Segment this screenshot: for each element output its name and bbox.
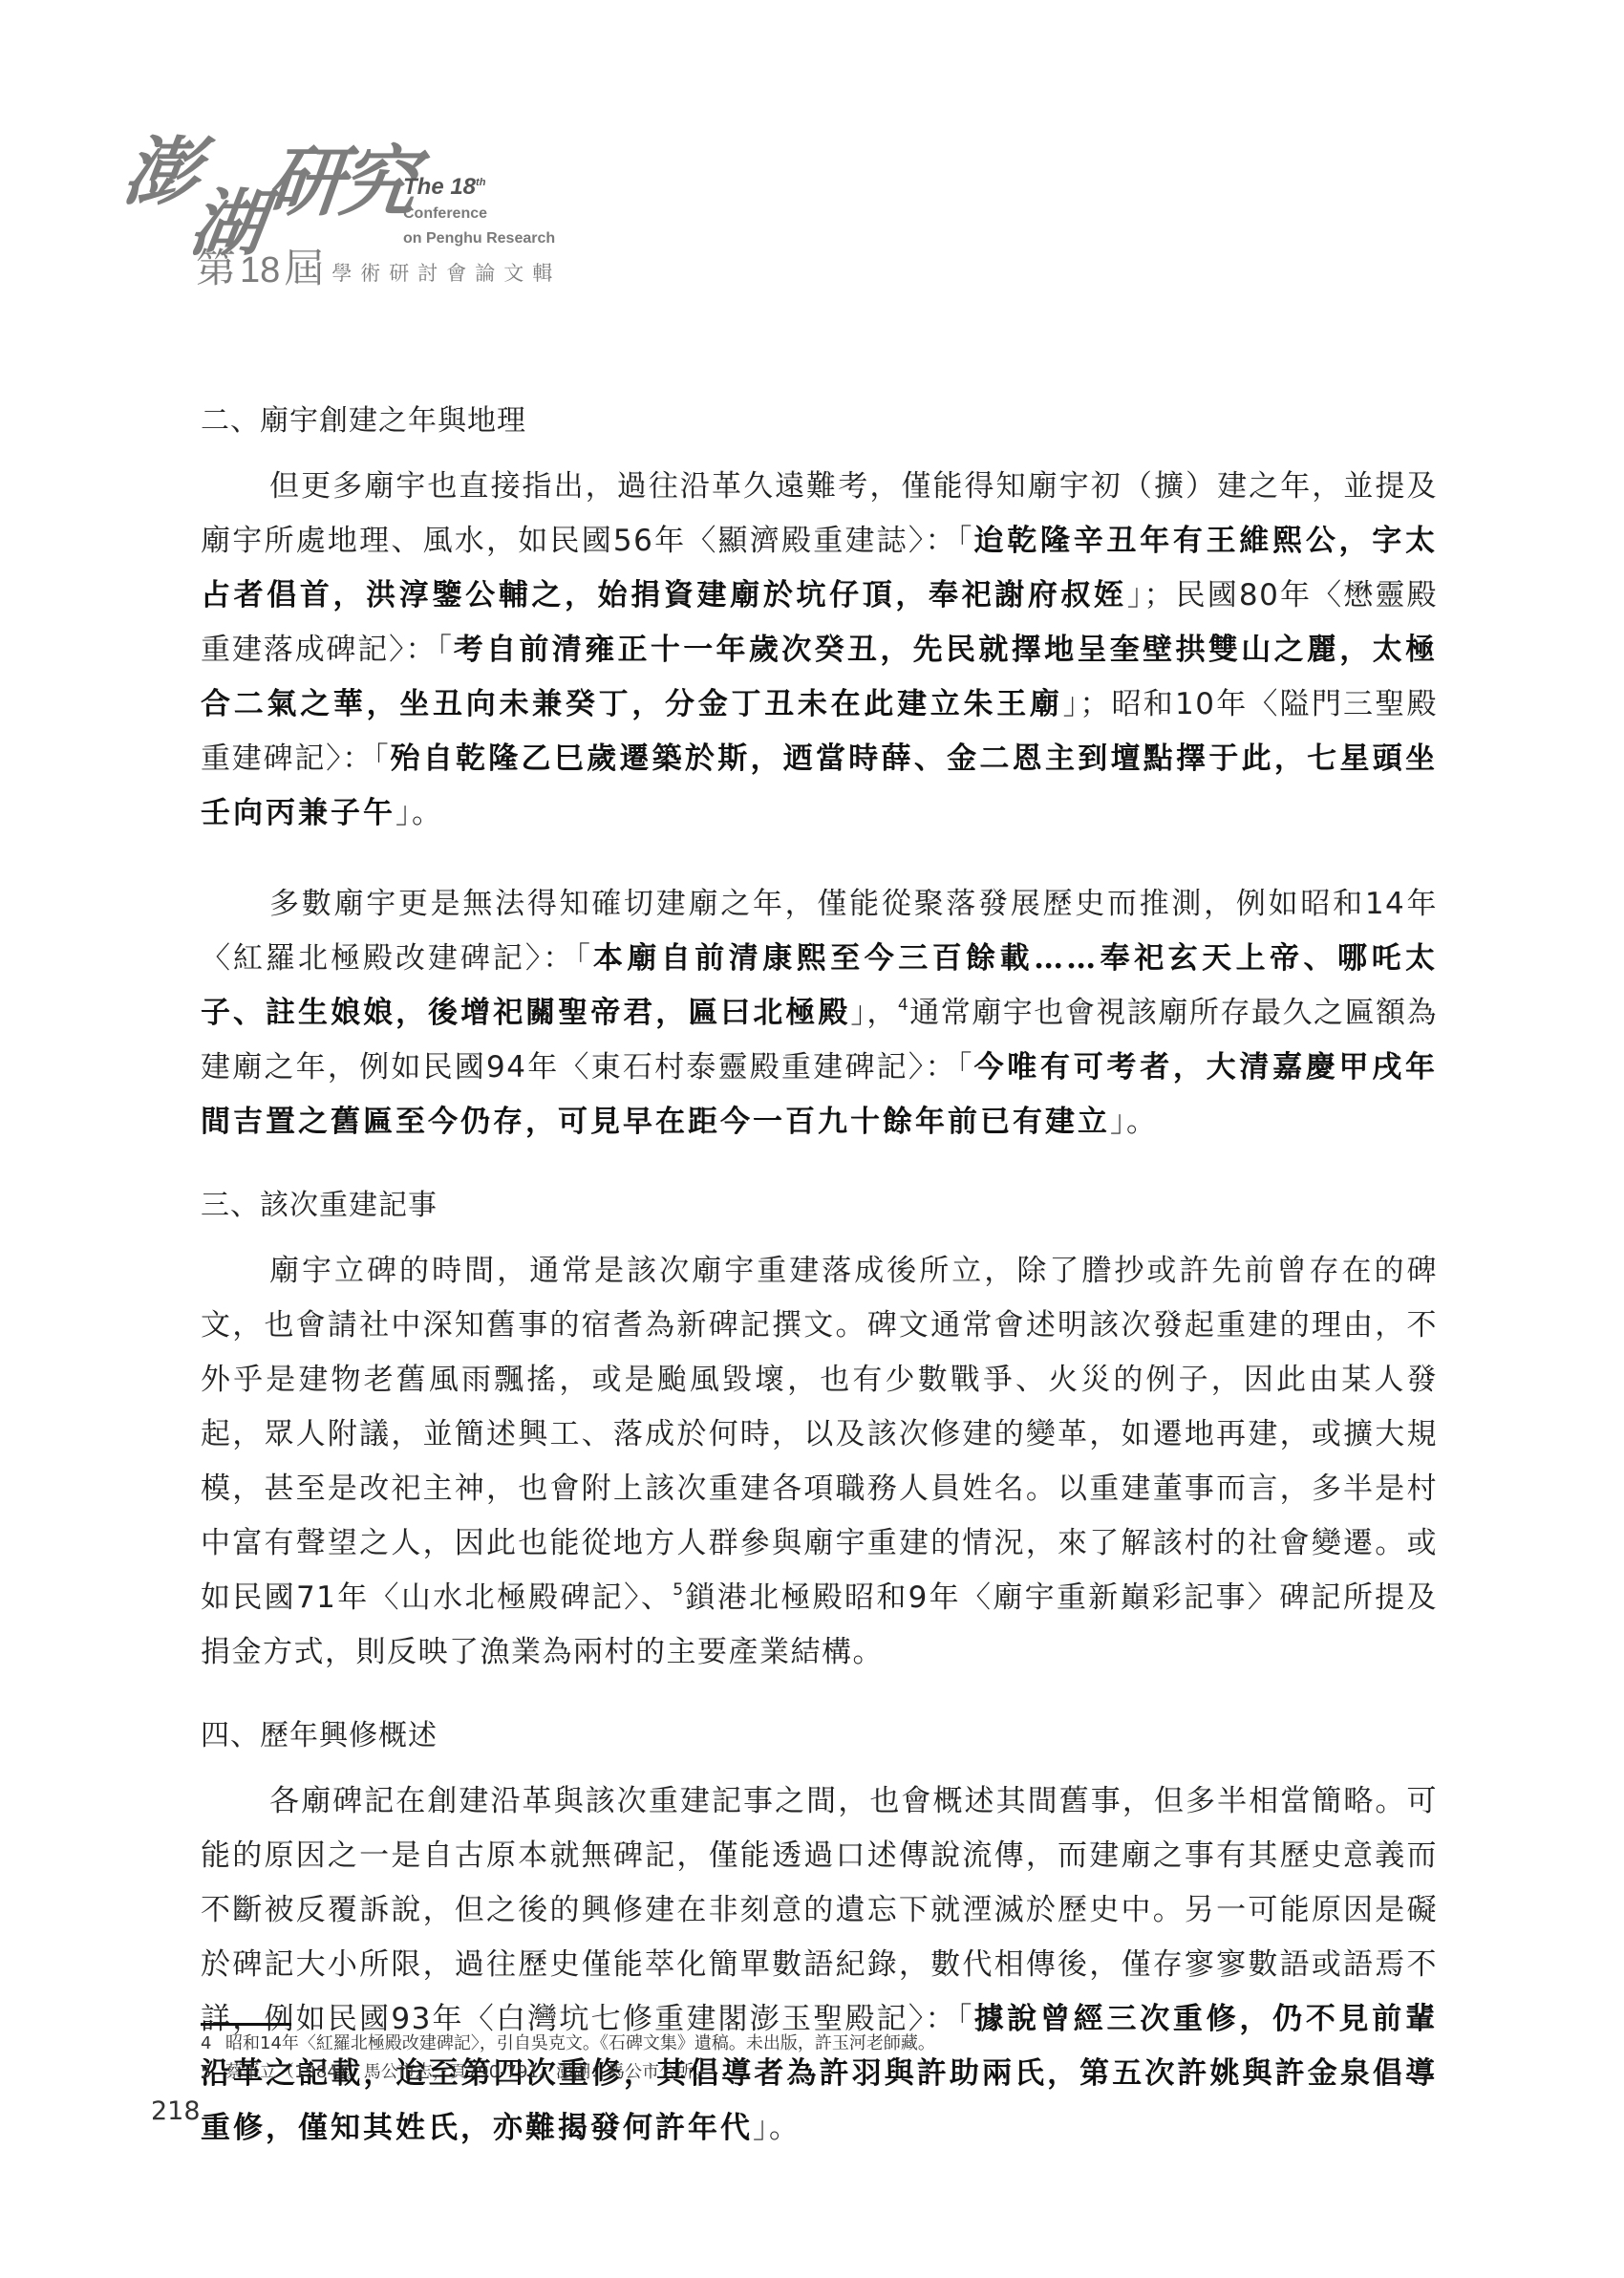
- text-segment: 」。: [753, 2111, 801, 2145]
- text-segment: 」，: [850, 996, 898, 1030]
- footnote-ref[interactable]: 5: [673, 1580, 684, 1600]
- journal-header: 澎 湖 研究 The 18th Conference on Penghu Res…: [0, 0, 669, 315]
- section-heading: 三、該次重建記事: [201, 1178, 1438, 1233]
- footnote-ref[interactable]: 4: [898, 996, 909, 1015]
- paragraph: 廟宇立碑的時間，通常是該次廟宇重建落成後所立，除了謄抄或許先前曾存在的碑文，也會…: [201, 1244, 1438, 1680]
- text-segment: 」。: [1110, 1105, 1158, 1139]
- edition-suffix: th: [476, 177, 485, 188]
- text-segment: 」。: [395, 796, 443, 830]
- subtitle-suffix: 屆: [284, 245, 324, 291]
- footnote-number: 5: [201, 2058, 225, 2087]
- proceedings-subtitle: 第18屆學術研討會論文輯: [196, 248, 561, 289]
- logo-char-yanjiu: 研究: [264, 143, 417, 220]
- edition-text: The 18: [403, 174, 476, 200]
- conference-subject: on Penghu Research: [403, 231, 555, 247]
- text-segment: 廟宇立碑的時間，通常是該次廟宇重建落成後所立，除了謄抄或許先前曾存在的碑文，也會…: [201, 1254, 1438, 1615]
- footnote-number: 4: [201, 2030, 225, 2058]
- article-body: 二、廟宇創建之年與地理 但更多廟宇也直接指出，過往沿革久遠難考，僅能得知廟宇初（…: [201, 394, 1438, 2156]
- footnote-text: 蔡平立（1984）。馬公市志，頁790-791。澎湖：馬公市公所。: [225, 2062, 711, 2082]
- footnote-text: 昭和14年〈紅羅北極殿改建碑記〉，引自吳克文。《石碑文集》遺稿。未出版，許玉河老…: [225, 2033, 935, 2053]
- paragraph: 但更多廟宇也直接指出，過往沿革久遠難考，僅能得知廟宇初（擴）建之年，並提及廟宇所…: [201, 460, 1438, 841]
- footnote: 4昭和14年〈紅羅北極殿改建碑記〉，引自吳克文。《石碑文集》遺稿。未出版，許玉河…: [201, 2030, 1347, 2058]
- footnote: 5蔡平立（1984）。馬公市志，頁790-791。澎湖：馬公市公所。: [201, 2058, 1347, 2087]
- subtitle-small: 學術研討會論文輯: [331, 262, 561, 285]
- conference-edition: The 18th: [403, 176, 485, 199]
- section-heading: 四、歷年興修概述: [201, 1708, 1438, 1763]
- subtitle-number: 18: [240, 250, 280, 290]
- logo-char-peng: 澎: [119, 136, 204, 210]
- footnote-divider: [201, 2023, 291, 2026]
- text-segment: 各廟碑記在創建沿革與該次重建記事之間，也會概述其間舊事，但多半相當簡略。可能的原…: [201, 1784, 1438, 2036]
- subtitle-prefix: 第: [196, 245, 236, 291]
- conference-label: Conference: [403, 206, 487, 222]
- paragraph: 各廟碑記在創建沿革與該次重建記事之間，也會概述其間舊事，但多半相當簡略。可能的原…: [201, 1774, 1438, 2156]
- section-heading: 二、廟宇創建之年與地理: [201, 394, 1438, 448]
- page-number: 218: [151, 2096, 201, 2126]
- footnotes: 4昭和14年〈紅羅北極殿改建碑記〉，引自吳克文。《石碑文集》遺稿。未出版，許玉河…: [201, 2030, 1347, 2087]
- paragraph: 多數廟宇更是無法得知確切建廟之年，僅能從聚落發展歷史而推測，例如昭和14年〈紅羅…: [201, 877, 1438, 1150]
